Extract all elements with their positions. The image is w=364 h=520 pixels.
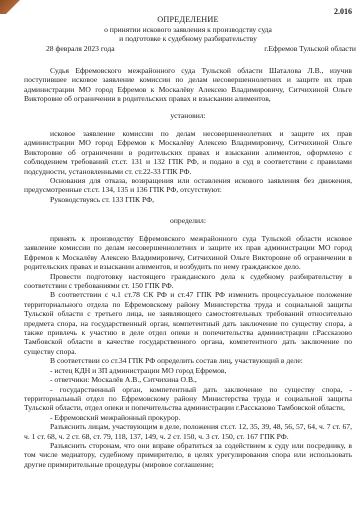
intro-block: Судья Ефремовского межрайонного суда Тул… <box>24 66 352 104</box>
participant-item: - истец КДН и ЗП администрации МО город … <box>24 366 352 375</box>
determined-paragraph: принять к производству Ефремовского межр… <box>24 234 352 272</box>
closing-paragraph: Разъяснить сторонам, что они вправе обра… <box>24 441 352 469</box>
determined-block: принять к производству Ефремовского межр… <box>24 234 352 469</box>
document-subtitle: о принятии искового заявления к производ… <box>24 25 352 44</box>
established-paragraph: исковое заявление комиссии по делам несо… <box>24 129 352 176</box>
heading-determined: определил: <box>24 216 352 225</box>
participant-item: - государственный орган, компетентный да… <box>24 385 352 413</box>
intro-paragraph: Судья Ефремовского межрайонного суда Тул… <box>24 66 352 104</box>
date-place-line: 28 февраля 2023 года г.Ефремов Тульской … <box>46 44 356 53</box>
determined-paragraph: В соответствии со ст.34 ГПК РФ определит… <box>24 356 352 365</box>
participant-item: - ответчики: Москалёв А.В., Ситчихина О.… <box>24 375 352 384</box>
determined-paragraph: Провести подготовку настоящего гражданск… <box>24 272 352 291</box>
established-paragraph: Основания для отказа, возвращения или ос… <box>24 176 352 195</box>
document-date: 28 февраля 2023 года <box>46 44 115 53</box>
established-block: исковое заявление комиссии по делам несо… <box>24 129 352 204</box>
subtitle-line: о принятии искового заявления к производ… <box>24 25 352 34</box>
document-title: ОПРЕДЕЛЕНИЕ <box>24 15 352 24</box>
established-paragraph: Руководствуясь ст. 133 ГПК РФ, <box>24 195 352 204</box>
scan-corner-artifact <box>0 0 22 14</box>
heading-established: установил: <box>24 111 352 120</box>
determined-paragraph: В соответствии с ч.1 ст.78 СК РФ и ст.47… <box>24 290 352 356</box>
closing-paragraph: Разъяснить лицам, участвующим в деле, по… <box>24 422 352 441</box>
participant-item: - Ефремовский межрайонный прокурор. <box>24 413 352 422</box>
subtitle-line: и подготовке к судебному разбирательству <box>24 34 352 43</box>
document-place: г.Ефремов Тульской области <box>264 44 356 53</box>
